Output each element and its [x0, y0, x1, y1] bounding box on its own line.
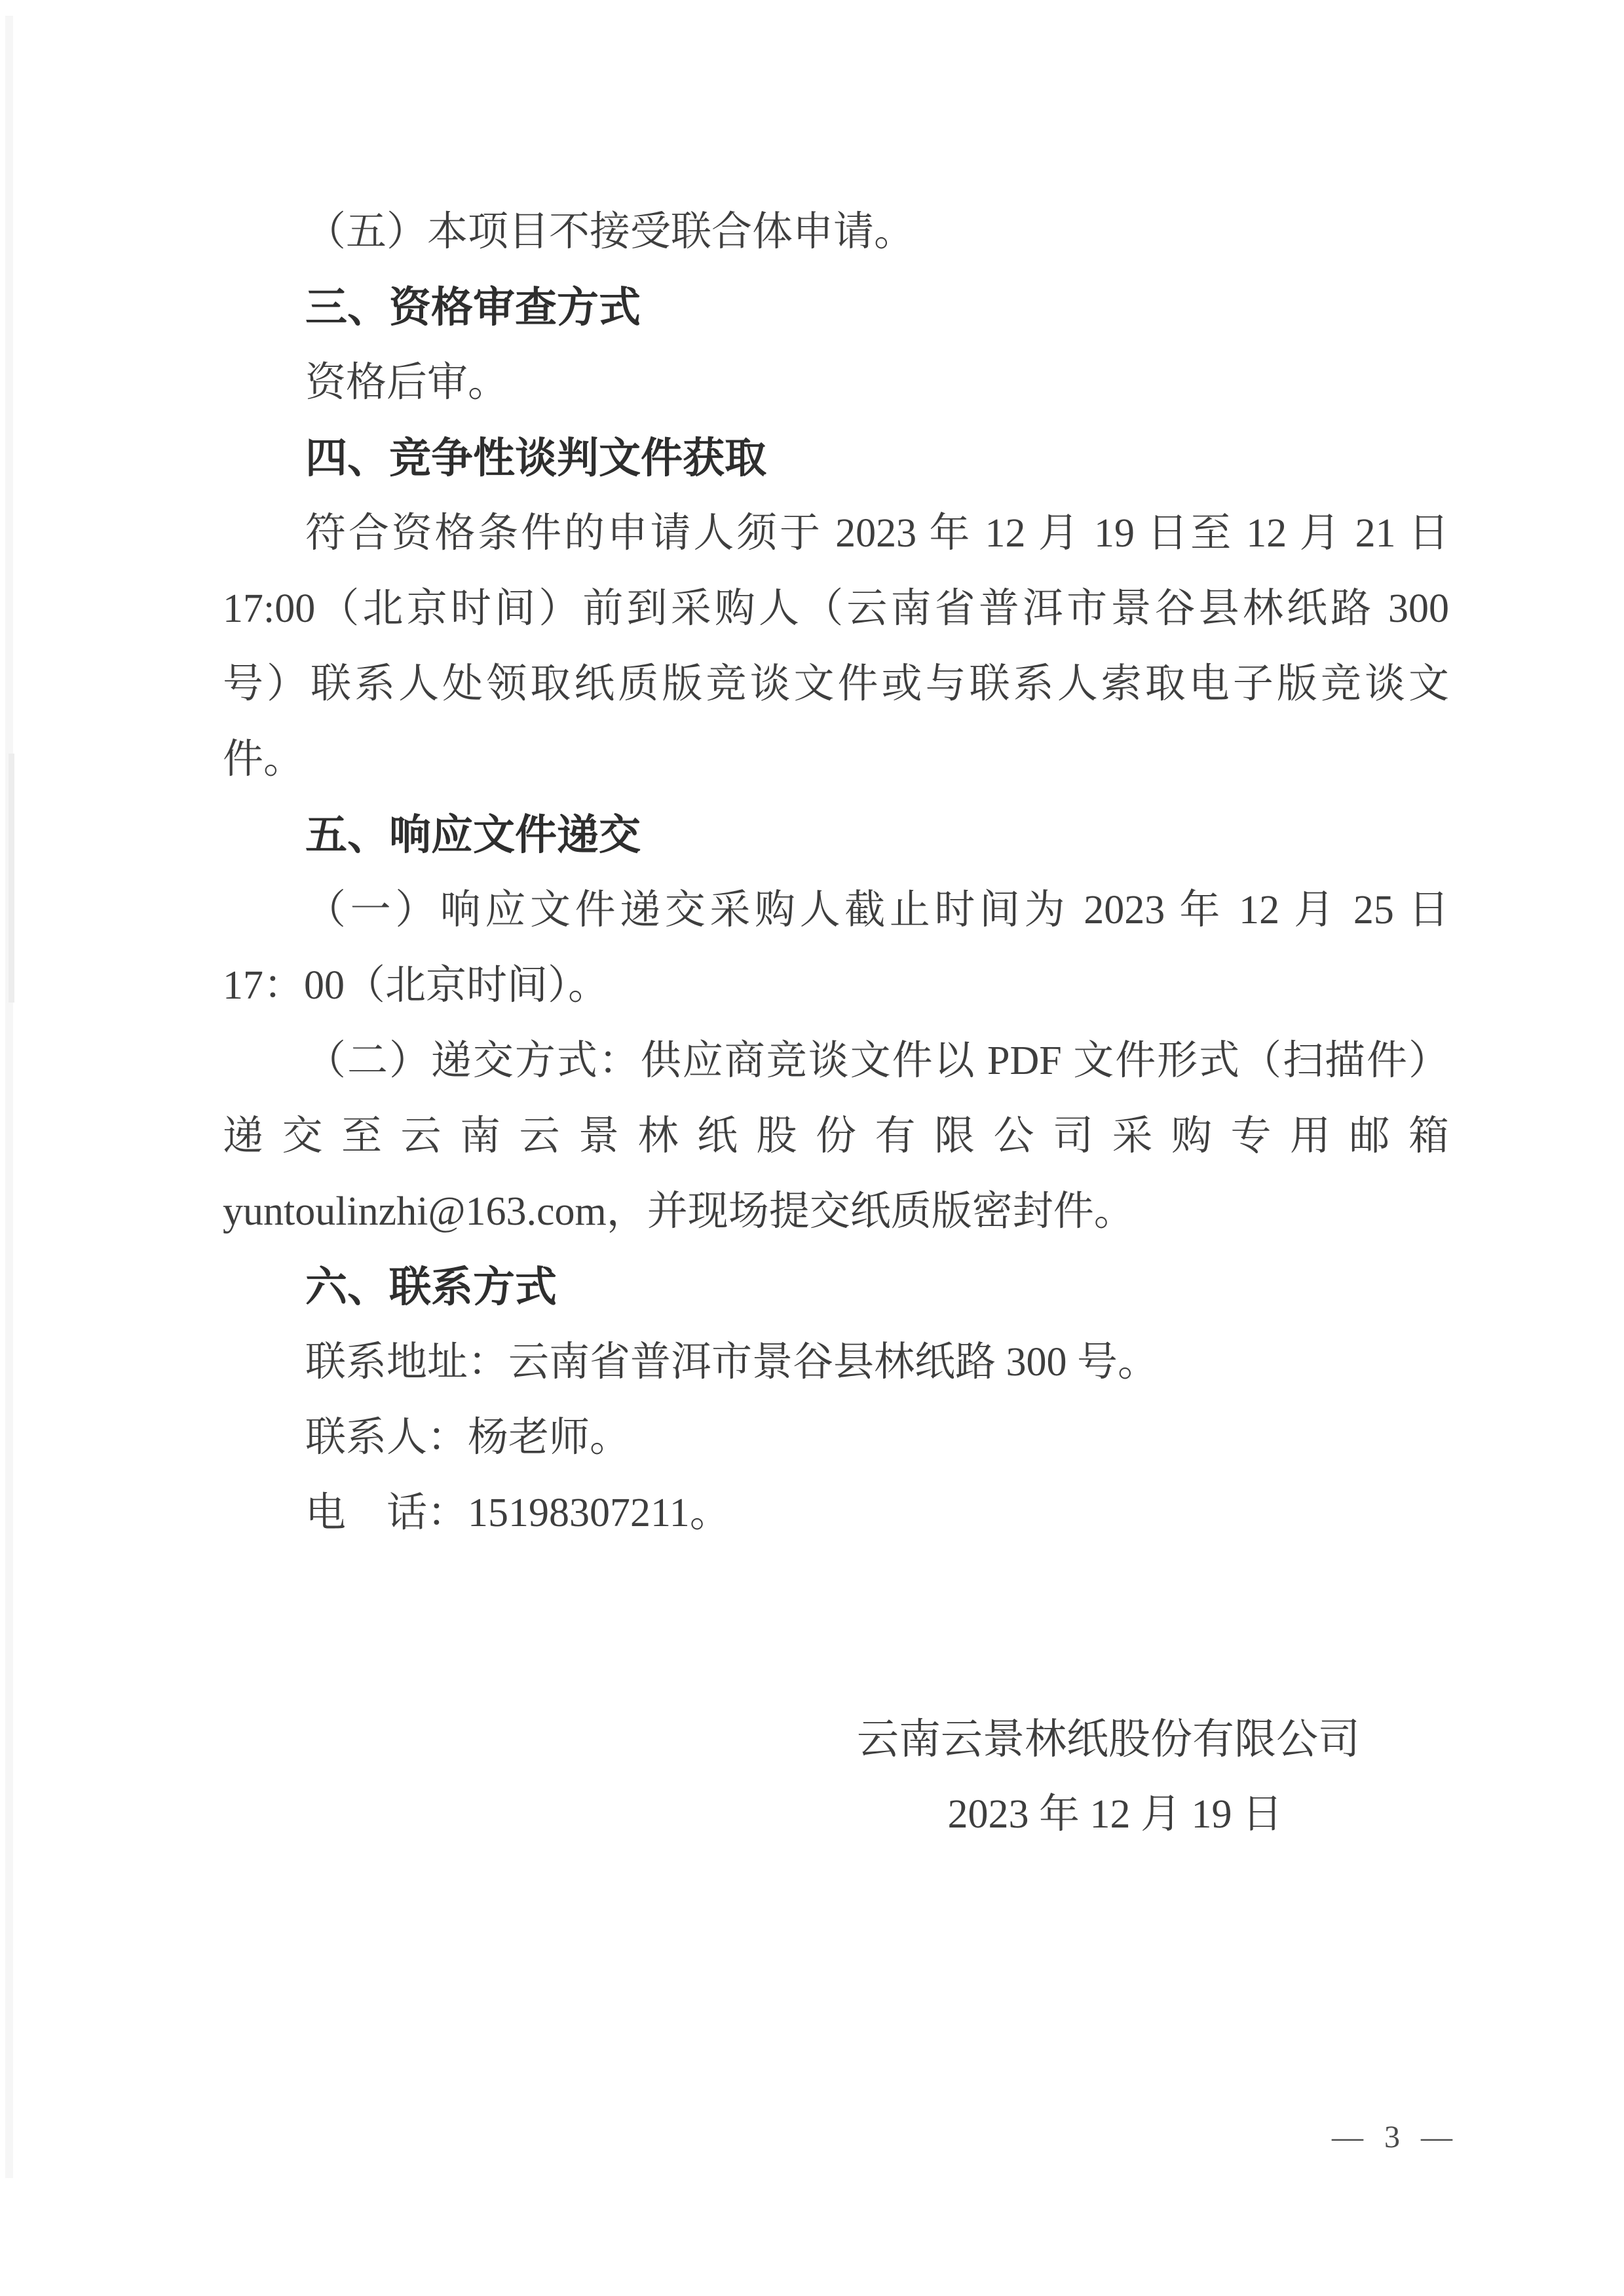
section-heading: 五、响应文件递交 [223, 797, 1449, 873]
text-line: 资格后审。 [223, 345, 1449, 421]
text-line: （五）本项目不接受联合体申请。 [223, 195, 1449, 270]
text-line: yuntoulinzhi@163.com，并现场提交纸质版密封件。 [223, 1174, 1449, 1250]
text-line: 递交至云南云景林纸股份有限公司采购专用邮箱 [223, 1099, 1449, 1174]
section-heading: 四、竞争性谈判文件获取 [223, 421, 1449, 496]
signature-company: 云南云景林纸股份有限公司 [223, 1702, 1449, 1777]
text-line: 号）联系人处领取纸质版竞谈文件或与联系人索取电子版竞谈文 [223, 647, 1449, 722]
blank-line [223, 1551, 1449, 1626]
scan-streak [9, 754, 14, 1003]
section-heading: 三、资格审查方式 [223, 270, 1449, 345]
blank-line [223, 1626, 1449, 1702]
page-number: — 3 — [1332, 2118, 1459, 2157]
document-page: （五）本项目不接受联合体申请。三、资格审查方式资格后审。四、竞争性谈判文件获取符… [0, 0, 1624, 2296]
signature-date: 2023 年 12 月 19 日 [223, 1777, 1449, 1852]
text-line: 17：00（北京时间）。 [223, 948, 1449, 1024]
text-line: （一）响应文件递交采购人截止时间为 2023 年 12 月 25 日 [223, 873, 1449, 948]
document-body: （五）本项目不接受联合体申请。三、资格审查方式资格后审。四、竞争性谈判文件获取符… [223, 195, 1449, 1852]
text-line: 电 话：15198307211。 [223, 1476, 1449, 1551]
scan-streak [5, 16, 13, 2178]
text-line: 件。 [223, 722, 1449, 797]
text-line: 17:00（北京时间）前到采购人（云南省普洱市景谷县林纸路 300 [223, 571, 1449, 647]
text-line: 符合资格条件的申请人须于 2023 年 12 月 19 日至 12 月 21 日 [223, 496, 1449, 571]
text-line: 联系地址：云南省普洱市景谷县林纸路 300 号。 [223, 1325, 1449, 1400]
text-line: （二）递交方式：供应商竞谈文件以 PDF 文件形式（扫描件） [223, 1024, 1449, 1099]
text-line: 联系人：杨老师。 [223, 1400, 1449, 1476]
section-heading: 六、联系方式 [223, 1250, 1449, 1325]
